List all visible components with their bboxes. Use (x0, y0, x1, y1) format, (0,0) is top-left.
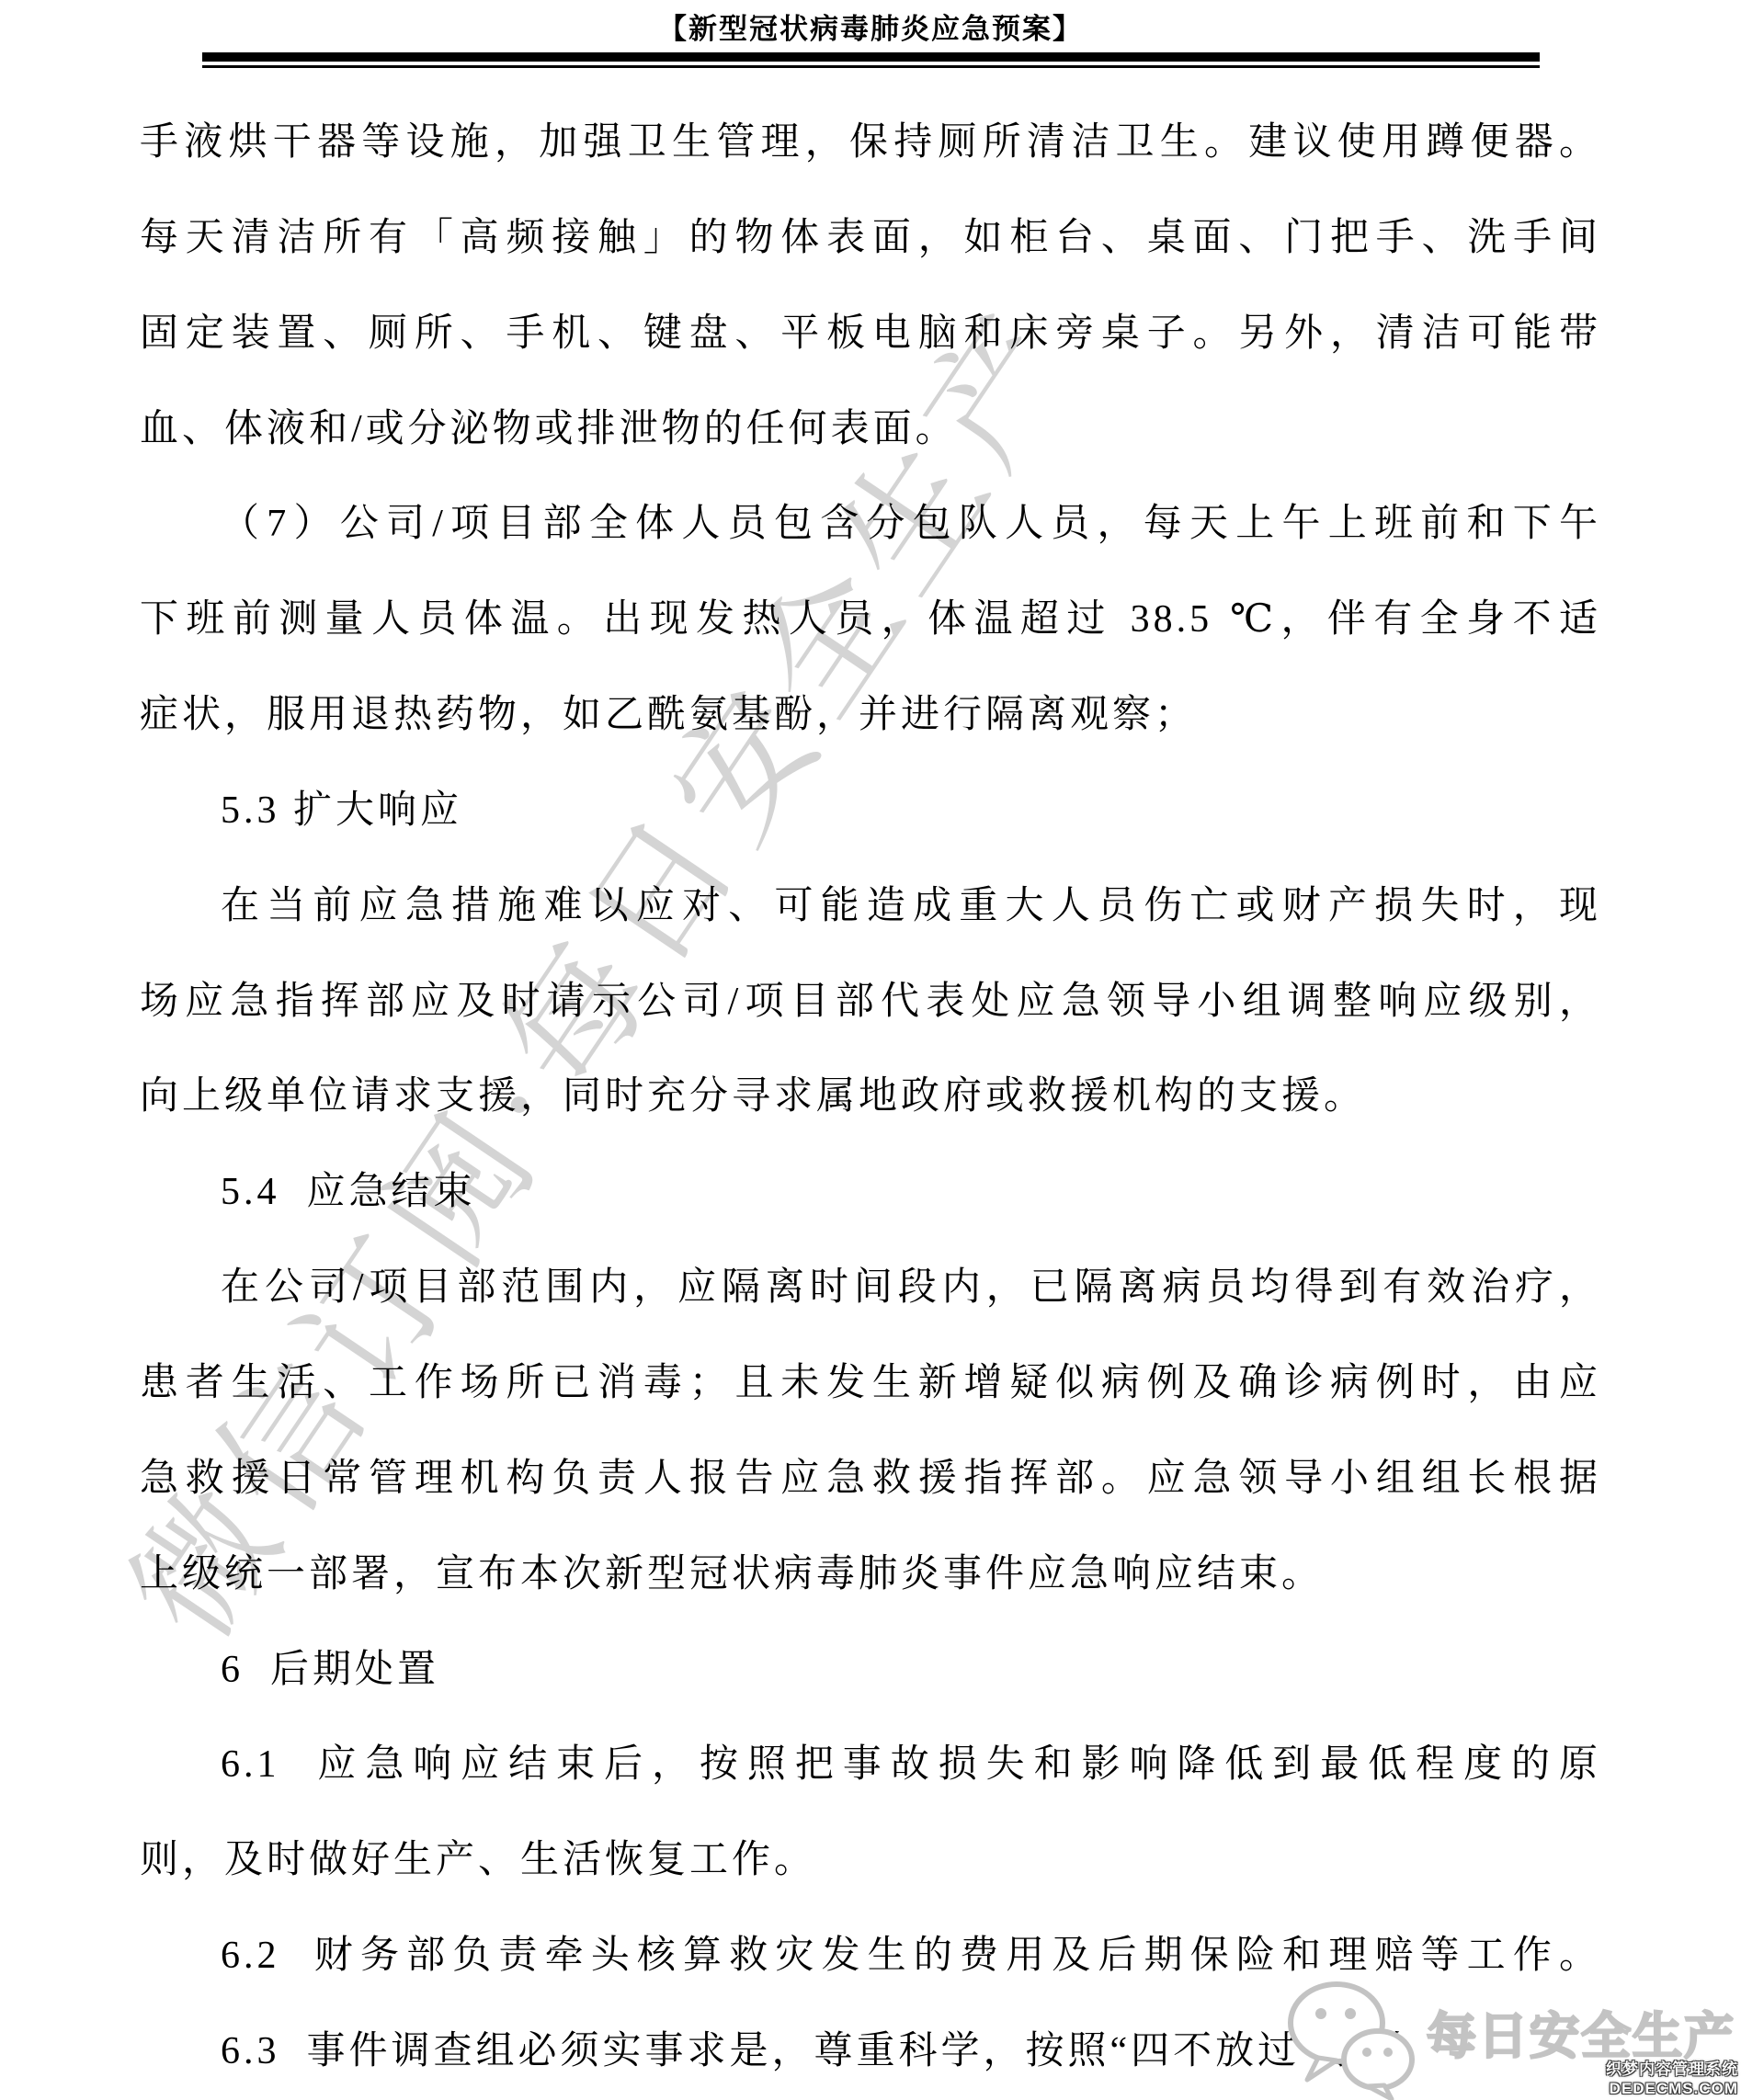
text-line: 每天清洁所有「高频接触」的物体表面，如柜台、桌面、门把手、洗手间 (140, 191, 1601, 287)
text-line: 场应急指挥部应及时请示公司/项目部代表处应急领导小组调整响应级别， (140, 955, 1601, 1050)
text-line: 患者生活、工作场所已消毒；且未发生新增疑似病例及确诊病例时，由应 (140, 1336, 1601, 1432)
text-line: 血、体液和/或分泌物或排泄物的任何表面。 (140, 382, 1601, 478)
text-line: 则，及时做好生产、生活恢复工作。 (140, 1813, 1601, 1909)
document-body: 手液烘干器等设施，加强卫生管理，保持厕所清洁卫生。建议使用蹲便器。每天清洁所有「… (140, 96, 1601, 2100)
text-line: 固定装置、厕所、手机、键盘、平板电脑和床旁桌子。另外，清洁可能带 (140, 287, 1601, 382)
text-line: 6.1 应急响应结束后，按照把事故损失和影响降低到最低程度的原 (140, 1718, 1601, 1813)
text-line: （7）公司/项目部全体人员包含分包队人员，每天上午上班前和下午 (140, 477, 1601, 573)
text-line: 急救援日常管理机构负责人报告应急救援指挥部。应急领导小组组长根据 (140, 1432, 1601, 1527)
text-line: 在公司/项目部范围内，应隔离时间段内，已隔离病员均得到有效治疗， (140, 1241, 1601, 1336)
text-line: 在当前应急措施难以应对、可能造成重大人员伤亡或财产损失时，现 (140, 859, 1601, 955)
text-line: 上级统一部署，宣布本次新型冠状病毒肺炎事件应急响应结束。 (140, 1527, 1601, 1623)
text-line: 5.3 扩大响应 (140, 764, 1601, 859)
header-rule-thin (202, 65, 1540, 68)
text-line: 向上级单位请求支援，同时充分寻求属地政府或救援机构的支援。 (140, 1050, 1601, 1145)
brand-badge-label: 每日安全生产 (1427, 1997, 1735, 2068)
cms-badge-line1: 织梦内容管理系统 (1606, 2060, 1738, 2079)
text-line: 6 后期处置 (140, 1623, 1601, 1719)
cms-badge-line2: DEDECMS.COM (1606, 2079, 1738, 2098)
cms-badge: 织梦内容管理系统 DEDECMS.COM (1606, 2060, 1738, 2098)
text-line: 下班前测量人员体温。出现发热人员，体温超过 38.5 ℃，伴有全身不适 (140, 573, 1601, 668)
text-line: 手液烘干器等设施，加强卫生管理，保持厕所清洁卫生。建议使用蹲便器。 (140, 96, 1601, 191)
document-page: 【新型冠状病毒肺炎应急预案】 微信订阅·每日安全生产 手液烘干器等设施，加强卫生… (0, 0, 1741, 2100)
text-line: 症状，服用退热药物，如乙酰氨基酚，并进行隔离观察； (140, 668, 1601, 764)
header-title: 【新型冠状病毒肺炎应急预案】 (0, 6, 1741, 47)
header-rule-thick (202, 52, 1540, 62)
text-line: 5.4 应急结束 (140, 1145, 1601, 1241)
wechat-logo-icon (1280, 1977, 1417, 2100)
